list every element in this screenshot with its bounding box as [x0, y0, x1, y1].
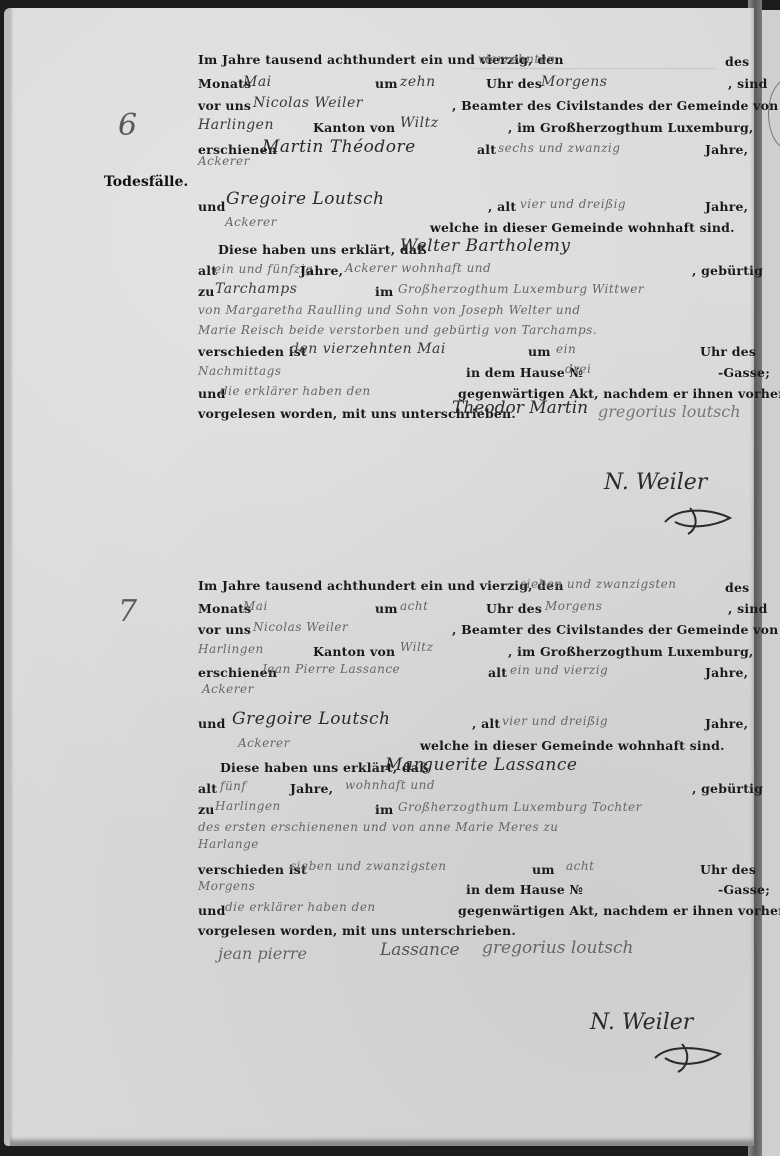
handwritten-note: die erklärer haben den [220, 384, 371, 398]
printed-text: Im Jahre tausend achthundert ein und vie… [198, 578, 564, 593]
handwritten-month: Mai [243, 599, 268, 613]
handwritten-declarant-1: Jean Pierre Lassance [262, 662, 400, 676]
printed-text: Jahre, [705, 716, 748, 731]
printed-text: Jahre, [290, 781, 333, 796]
signature: gregorius loutsch [598, 402, 741, 421]
handwritten-declarant-2: Gregoire Loutsch [232, 709, 390, 729]
printed-text: -Gasse; [718, 882, 770, 897]
printed-text: , Beamter des Civilstandes der Gemeinde … [452, 98, 778, 113]
printed-text: , sind [728, 601, 768, 616]
handwritten-birthplace: Tarchamps [215, 281, 297, 297]
printed-text: um [528, 344, 551, 359]
printed-text: welche in dieser Gemeinde wohnhaft sind. [420, 738, 725, 753]
entry-number: 7 [118, 594, 137, 629]
printed-text: , alt [472, 716, 500, 731]
handwritten-age: fünf [220, 779, 246, 793]
handwritten-death-date: den vierzehnten Mai [290, 341, 446, 357]
signature-flourish [650, 1038, 730, 1074]
printed-text: , im Großherzogthum Luxemburg, [508, 644, 753, 659]
printed-text: und [198, 199, 226, 214]
signature-flourish [660, 500, 740, 536]
printed-text: im [375, 802, 393, 817]
printed-text: und [198, 716, 226, 731]
printed-text: , alt [488, 199, 516, 214]
printed-text: gegenwärtigen Akt, nachdem er ihnen vorh… [458, 903, 780, 918]
printed-text: zu [198, 802, 215, 817]
printed-text: Uhr des [700, 344, 756, 359]
handwritten-declarant-2: Gregoire Loutsch [226, 189, 384, 209]
printed-text: Kanton von [313, 120, 395, 135]
printed-text: in dem Hause № [466, 882, 583, 897]
handwritten-details: Großherzogthum Luxemburg Tochter [398, 800, 642, 814]
printed-text: alt [477, 142, 496, 157]
handwritten-death-date: sieben und zwanzigsten [290, 859, 447, 873]
handwritten-day: vierzehnten [478, 52, 556, 66]
handwritten-details: wohnhaft und [345, 778, 435, 792]
handwritten-age: ein und fünfzig [214, 262, 313, 276]
printed-text: um [375, 601, 398, 616]
printed-text: , gebürtig [692, 781, 763, 796]
handwritten-hour: acht [400, 599, 428, 613]
handwritten-hour: ein [556, 342, 576, 356]
handwritten-time-of-day: Morgens [198, 879, 255, 893]
handwritten-commune: Harlingen [198, 117, 274, 133]
handwritten-details: Marie Reisch beide verstorben und gebürt… [198, 323, 597, 337]
handwritten-hour: zehn [400, 74, 436, 90]
printed-text: vor uns [198, 622, 251, 637]
printed-text: des [725, 580, 749, 595]
printed-text: -Gasse; [718, 365, 770, 380]
handwritten-occupation: Ackerer [238, 736, 290, 750]
handwritten-time-of-day: Nachmittags [198, 364, 281, 378]
handwritten-official: Nicolas Weiler [253, 95, 363, 111]
printed-text: Kanton von [313, 644, 395, 659]
printed-text: vorgelesen worden, mit uns unterschriebe… [198, 923, 516, 938]
printed-text: um [532, 862, 555, 877]
printed-text: zu [198, 284, 215, 299]
handwritten-canton: Wiltz [400, 640, 433, 654]
handwritten-note: die erklärer haben den [225, 900, 376, 914]
handwritten-age: vier und dreißig [502, 714, 608, 728]
handwritten-deceased: Marguerite Lassance [385, 755, 577, 775]
signature: gregorius loutsch [482, 938, 633, 958]
handwritten-official: Nicolas Weiler [253, 620, 348, 634]
printed-text: Jahre, [300, 263, 343, 278]
printed-text: , im Großherzogthum Luxemburg, [508, 120, 753, 135]
printed-text: Uhr des [700, 862, 756, 877]
handwritten-time-of-day: Morgens [541, 74, 607, 90]
signature: Lassance [380, 940, 460, 960]
printed-text: Uhr des [486, 76, 542, 91]
handwritten-canton: Wiltz [400, 115, 439, 131]
handwritten-deceased: Welter Bartholemy [400, 236, 571, 256]
signature-official: N. Weiler [604, 470, 707, 495]
section-label-deaths: Todesfälle. [104, 174, 188, 190]
handwritten-day: sieben und zwanzigsten [520, 577, 677, 591]
printed-text: , Beamter des Civilstandes der Gemeinde … [452, 622, 778, 637]
signature-official: N. Weiler [590, 1010, 693, 1035]
printed-text: im [375, 284, 393, 299]
handwritten-house-number: drei [565, 362, 591, 376]
handwritten-occupation: Ackerer [198, 154, 250, 168]
handwritten-hour: acht [566, 859, 594, 873]
handwritten-birthplace: Harlingen [215, 799, 281, 813]
handwritten-details: Ackerer wohnhaft und [345, 261, 491, 275]
handwritten-age: vier und dreißig [520, 197, 626, 211]
printed-text: des [725, 54, 749, 69]
handwritten-occupation: Ackerer [225, 215, 277, 229]
printed-text: Diese haben uns erklärt, daß [218, 242, 427, 257]
printed-text: Jahre, [705, 199, 748, 214]
handwritten-declarant-1: Martin Théodore [262, 137, 416, 157]
signature: jean pierre [218, 944, 307, 963]
handwritten-commune: Harlingen [198, 642, 264, 656]
handwritten-month: Mai [243, 74, 272, 90]
printed-text: Jahre, [705, 142, 748, 157]
printed-text: , gebürtig [692, 263, 763, 278]
printed-text: Jahre, [705, 665, 748, 680]
printed-text: vor uns [198, 98, 251, 113]
printed-text: um [375, 76, 398, 91]
handwritten-occupation: Ackerer [202, 682, 254, 696]
handwritten-details: Harlange [198, 837, 259, 851]
facing-page-edge [762, 10, 780, 1156]
handwritten-details: des ersten erschienenen und von anne Mar… [198, 820, 559, 834]
entry-number: 6 [118, 108, 137, 143]
handwritten-details: Großherzogthum Luxemburg Wittwer [398, 282, 644, 296]
handwritten-details: von Margaretha Raulling und Sohn von Jos… [198, 303, 581, 317]
printed-text: Uhr des [486, 601, 542, 616]
printed-text: welche in dieser Gemeinde wohnhaft sind. [430, 220, 735, 235]
signature: Theodor Martin [452, 398, 588, 418]
handwritten-age: ein und vierzig [510, 663, 608, 677]
printed-text: alt [488, 665, 507, 680]
printed-text: , sind [728, 76, 768, 91]
printed-text: und [198, 903, 226, 918]
handwritten-time-of-day: Morgens [545, 599, 602, 613]
handwritten-age: sechs und zwanzig [498, 141, 620, 155]
printed-text: alt [198, 781, 217, 796]
